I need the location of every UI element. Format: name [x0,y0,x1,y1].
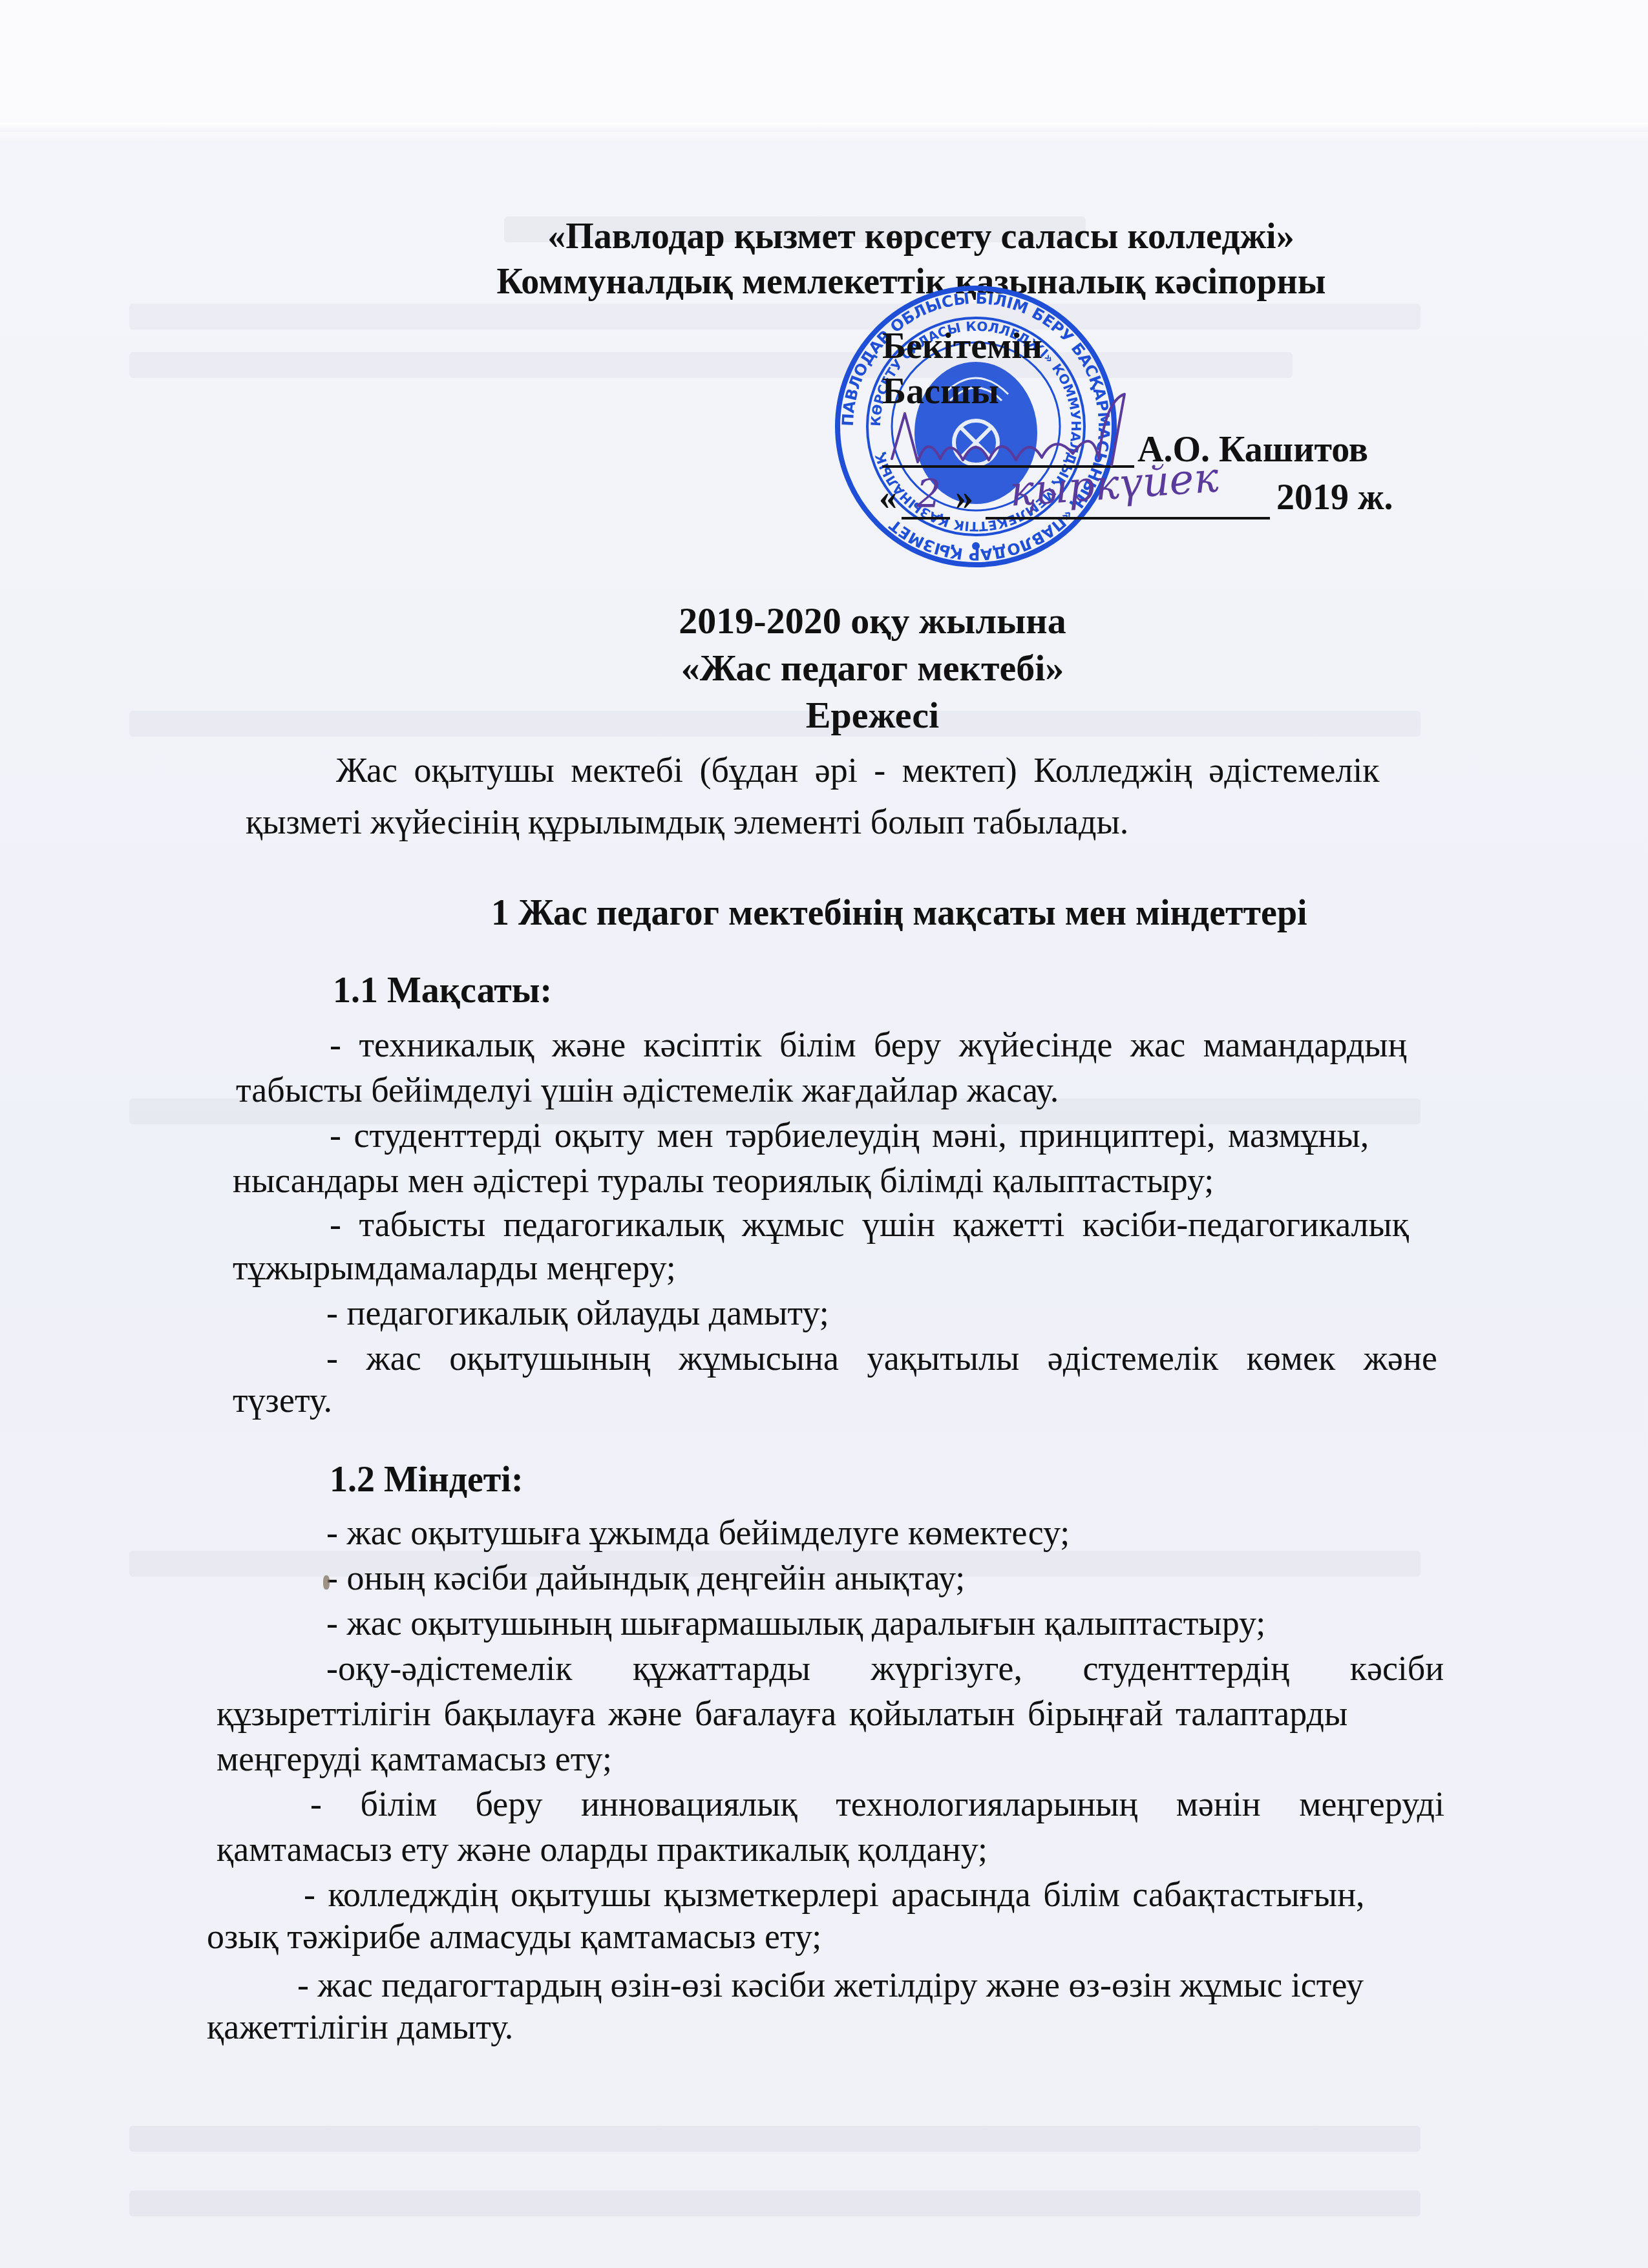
paper-speck [323,1575,330,1590]
tasks-line: қажеттілігін дамыту. [207,2010,513,2044]
document-type: Ережесі [582,697,1163,734]
goals-line: - техникалық және кәсіптік білім беру жү… [330,1027,1407,1062]
tasks-line: - білім беру инновациялық технологиялары… [310,1787,1444,1822]
tasks-line: қамтамасыз ету және оларды практикалық қ… [217,1832,988,1867]
academic-year: 2019-2020 оқу жылына [582,602,1163,640]
goals-line: нысандары мен әдістері туралы теориялық … [233,1163,1214,1198]
goals-line: - студенттерді оқыту мен тәрбиелеудің мә… [330,1118,1369,1153]
org-name-line1: «Павлодар қызмет көрсету саласы колледжі… [452,218,1389,255]
tasks-line: құзыреттілігін бақылауға және бағалауға … [217,1696,1347,1731]
goals-line: табысты бейімделуі үшін әдістемелік жағд… [236,1073,1059,1108]
scan-edge [0,123,1648,132]
goals-line: - жас оқытушының жұмысына уақытылы әдіст… [326,1341,1437,1376]
tasks-line: -оқу-әдістемелік құжаттарды жүргізуге, с… [326,1651,1444,1686]
goals-line: - табысты педагогикалық жұмыс үшін қажет… [330,1207,1409,1242]
tasks-line: - колледждің оқытушы қызметкерлері арасы… [304,1877,1365,1912]
document-title: «Жас педагог мектебі» [582,649,1163,687]
date-year: 2019 ж. [1276,479,1393,516]
approved-label: Бекітемін [882,328,1042,364]
tasks-line: - жас оқытушыға ұжымда бейімделуге көмек… [326,1515,1070,1550]
signature-icon [879,388,1176,543]
goals-line: тұжырымдамаларды меңгеру; [233,1250,676,1285]
intro-line-2: қызметі жүйесінің құрылымдық элементі бо… [246,804,1128,839]
tasks-line: озық тәжірибе алмасуды қамтамасыз ету; [207,1919,821,1954]
tasks-line: меңгеруді қамтамасыз ету; [217,1741,612,1776]
tasks-heading: 1.2 Міндеті: [330,1462,523,1498]
goals-line: - педагогикалық ойлауды дамыту; [326,1296,829,1330]
intro-text-1: Жас оқытушы мектебі (бұдан әрі - мектеп)… [336,753,1499,788]
goals-line: түзету. [233,1383,332,1418]
tasks-line: - жас педагогтардың өзін-өзі кәсіби жеті… [297,1968,1364,2002]
tasks-line: - оның кәсіби дайындық деңгейін анықтау; [326,1560,965,1595]
tasks-line: - жас оқытушының шығармашылық даралығын … [326,1606,1265,1641]
goals-heading: 1.1 Мақсаты: [333,972,552,1009]
section-1-heading: 1 Жас педагог мектебінің мақсаты мен мін… [491,895,1307,931]
intro-line-1: Жас оқытушы мектебі (бұдан әрі - мектеп)… [336,753,1499,788]
